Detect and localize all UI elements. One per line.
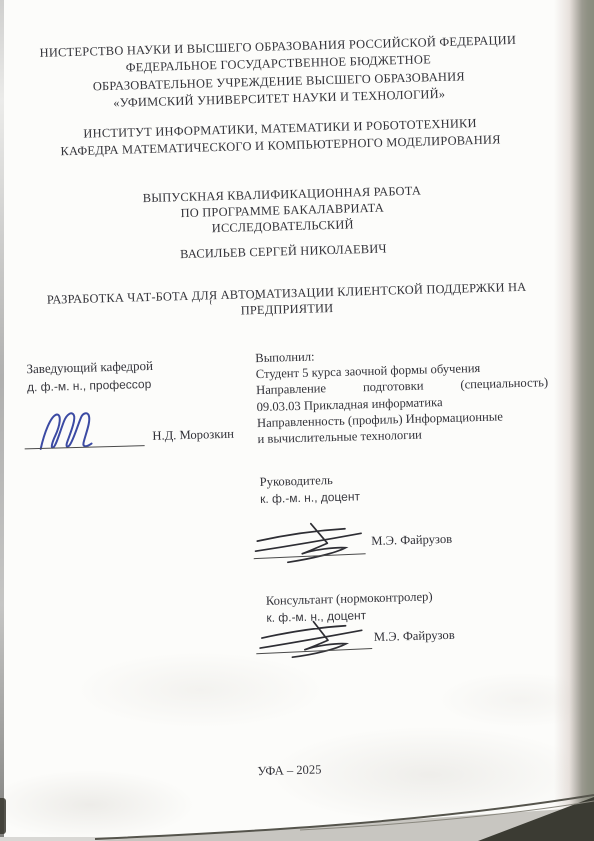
supervisor-degree: к. ф.-м. н., доцент [260,490,360,507]
morozkin-signature-stroke [40,413,92,449]
consultant-name: М.Э. Файрузов [374,628,455,645]
performer-line-2-word-1: Направление [256,381,326,399]
head-of-department-block: Заведующий кафедрой д. ф.-м. н., професс… [26,358,153,395]
supervisor-role: Руководитель [259,471,359,490]
scanned-thesis-title-page: НИСТЕРСТВО НАУКИ И ВЫСШЕГО ОБРАЗОВАНИЯ Р… [0,0,594,841]
institute-block: ИНСТИТУТ ИНФОРМАТИКИ, МАТЕМАТИКИ И РОБОТ… [0,112,587,163]
page-right-edge-shadow [554,0,594,812]
performer-block: Выполнил: Студент 5 курса заочной формы … [255,342,550,447]
performer-line-2-word-2: подготовки [363,378,424,396]
consultant-role: Консультант (нормоконтролер) [266,588,433,609]
head-of-department-role: Заведующий кафедрой [26,358,153,378]
work-type-block: ВЫПУСКНАЯ КВАЛИФИКАЦИОННАЯ РАБОТА ПО ПРО… [0,178,589,243]
thesis-title: РАЗРАБОТКА ЧАТ-БОТА ДЛЯ АВТОМАТИЗАЦИИ КЛ… [0,277,591,325]
performer-line-2-word-3: (специальность) [460,375,548,394]
supervisor-name: М.Э. Файрузов [371,532,452,549]
page-content: НИСТЕРСТВО НАУКИ И ВЫСШЕГО ОБРАЗОВАНИЯ Р… [0,0,594,841]
page-bottom-edge [0,781,594,841]
ministry-header: НИСТЕРСТВО НАУКИ И ВЫСШЕГО ОБРАЗОВАНИЯ Р… [0,30,585,116]
supervisor-block: Руководитель к. ф.-м. н., доцент [259,471,360,506]
morozkin-name: Н.Д. Морозкин [152,427,234,444]
page-left-edge-shadow [0,0,4,841]
head-of-department-degree: д. ф.-м. н., профессор [27,377,154,394]
